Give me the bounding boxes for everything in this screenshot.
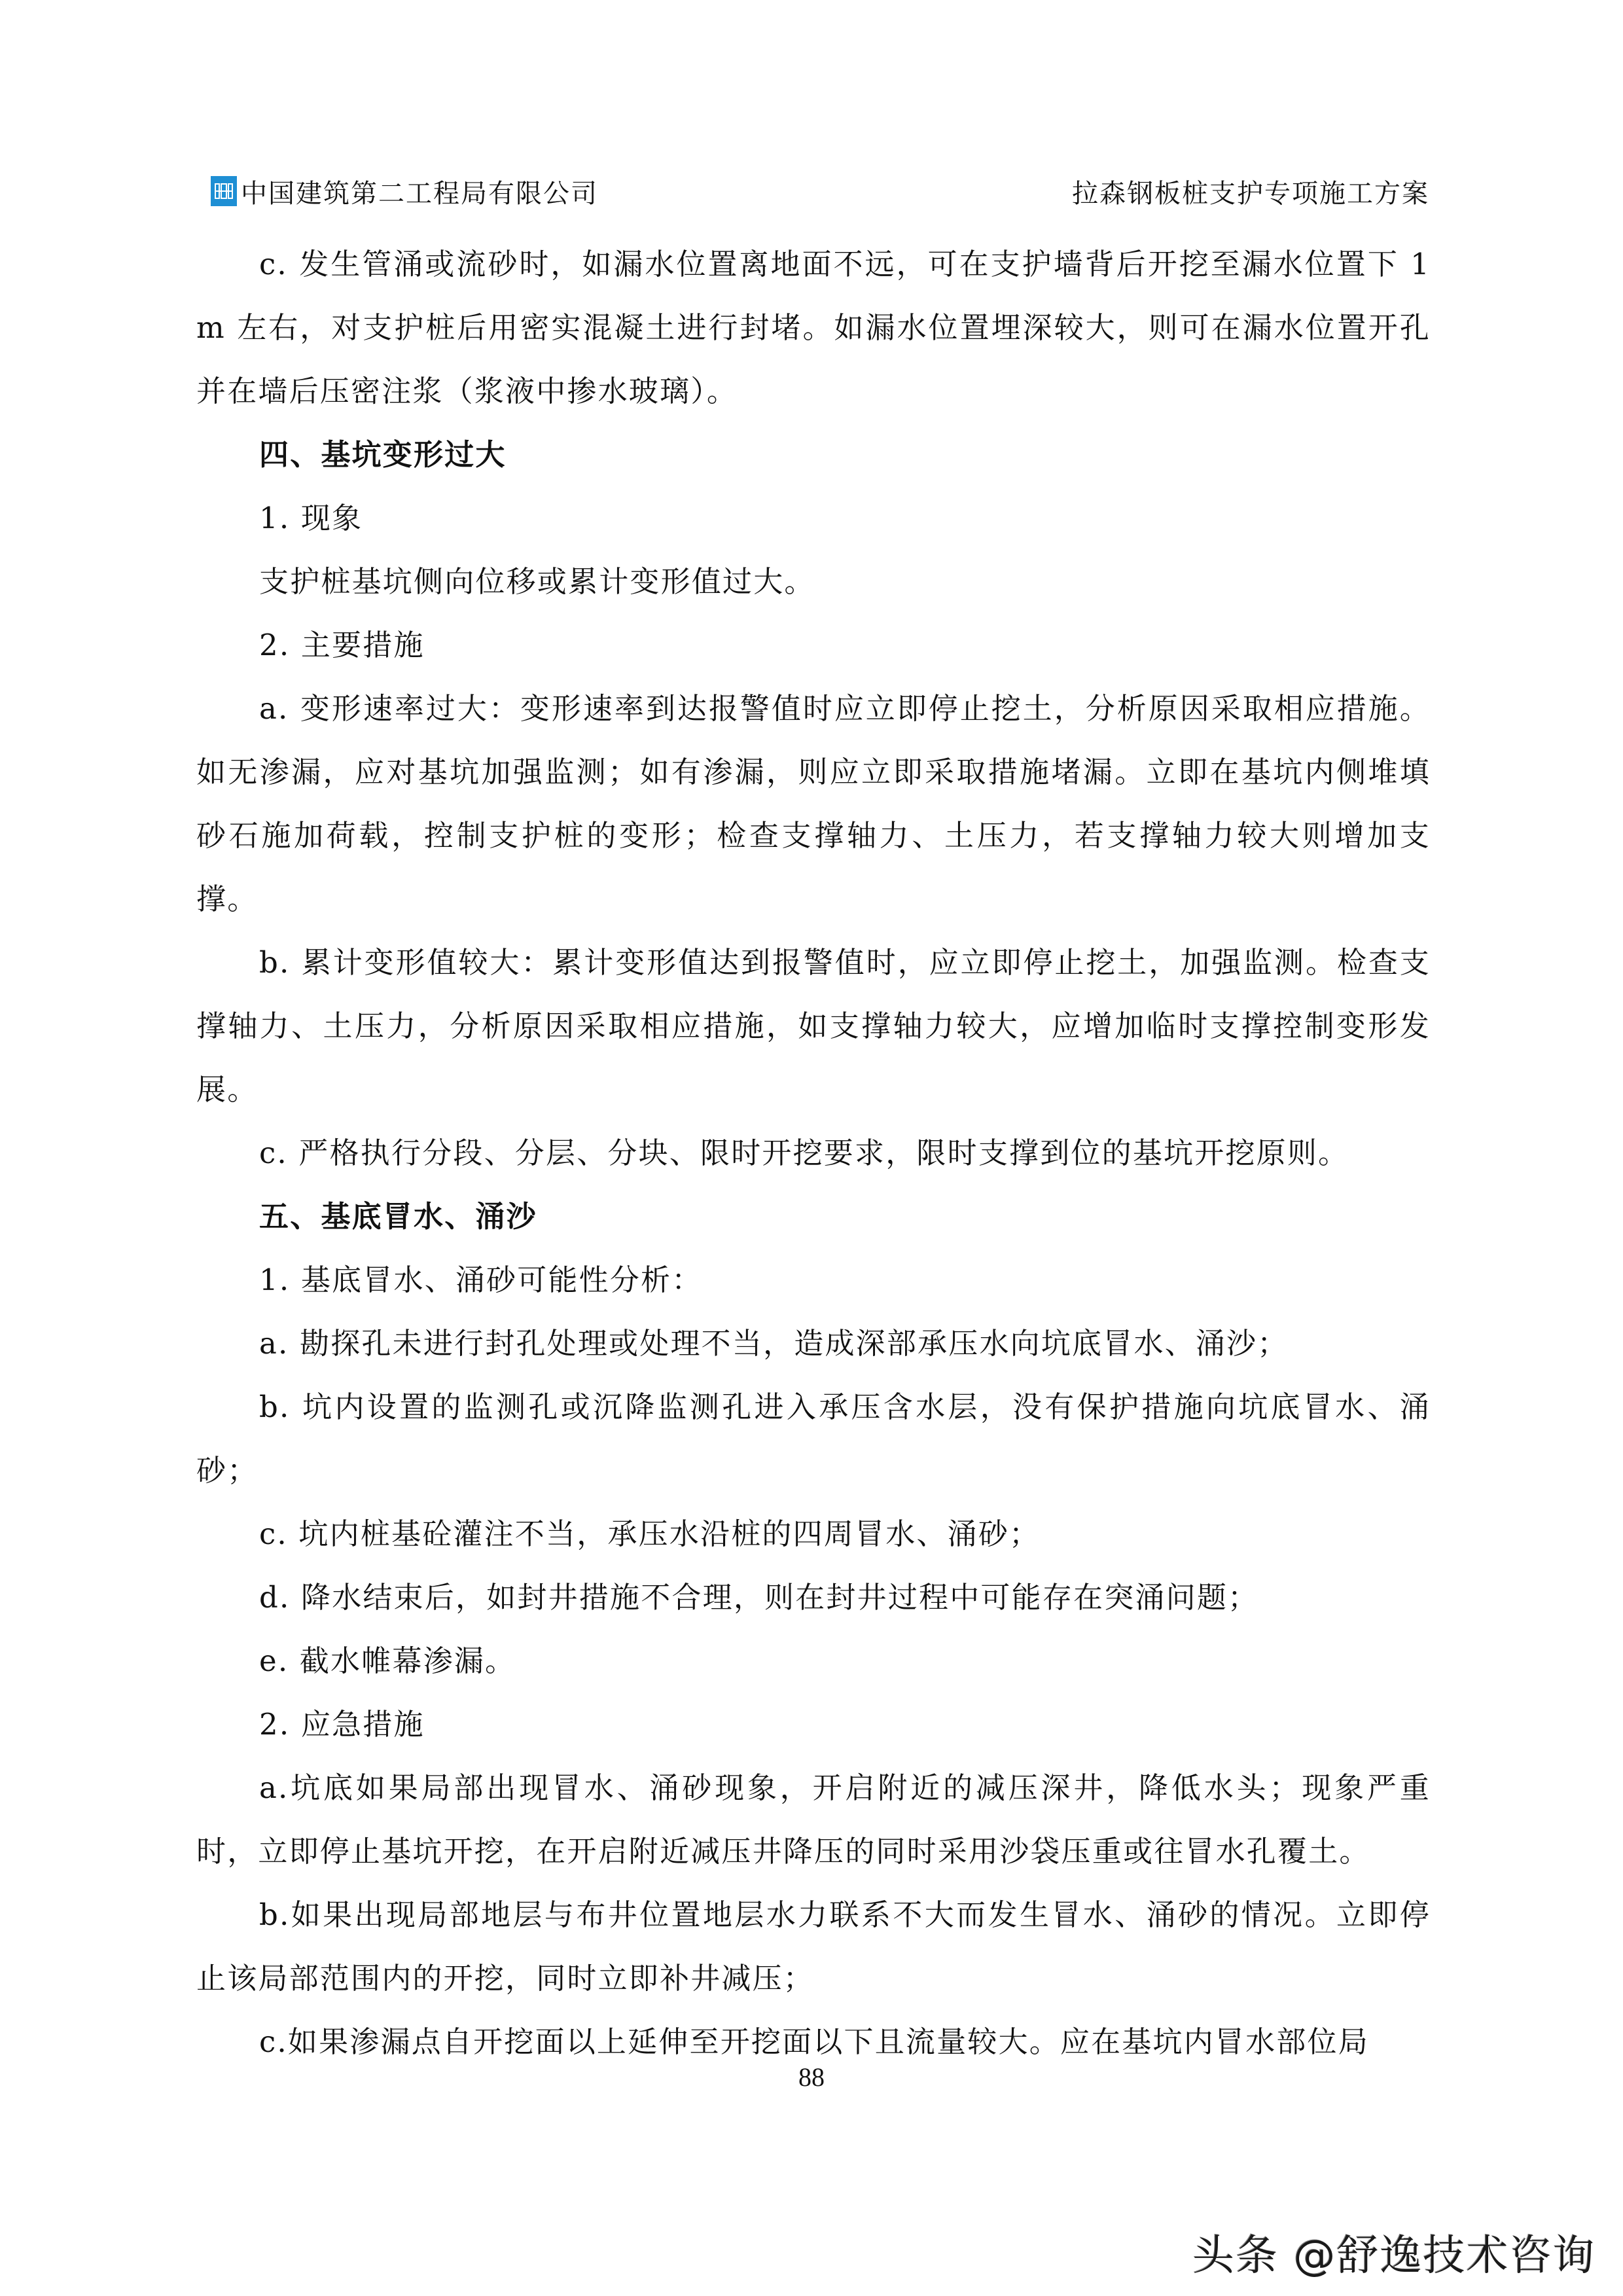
page-number: 88 bbox=[0, 2062, 1623, 2092]
list-item: a.坑底如果局部出现冒水、涌砂现象，开启附近的减压深井，降低水头；现象严重时，立… bbox=[196, 1756, 1431, 1883]
list-item: c. 坑内桩基砼灌注不当，承压水沿桩的四周冒水、涌砂； bbox=[196, 1502, 1431, 1566]
document-body: c. 发生管涌或流砂时，如漏水位置离地面不远，可在支护墙背后开挖至漏水位置下 1… bbox=[196, 232, 1431, 2073]
cscec-logo-icon bbox=[211, 176, 237, 206]
watermark: 头条 @舒逸技术咨询 bbox=[1192, 2222, 1596, 2282]
section-heading-4: 四、基坑变形过大 bbox=[196, 423, 1431, 486]
paragraph: c. 严格执行分段、分层、分块、限时开挖要求，限时支撑到位的基坑开挖原则。 bbox=[196, 1121, 1431, 1185]
section-heading-5: 五、基底冒水、涌沙 bbox=[196, 1185, 1431, 1248]
list-item: d. 降水结束后，如封井措施不合理，则在封井过程中可能存在突涌问题； bbox=[196, 1566, 1431, 1629]
page-header: 中国建筑第二工程局有限公司 拉森钢板桩支护专项施工方案 bbox=[211, 171, 1429, 211]
list-item: b. 坑内设置的监测孔或沉降监测孔进入承压含水层，没有保护措施向坑底冒水、涌砂； bbox=[196, 1375, 1431, 1502]
header-company-block: 中国建筑第二工程局有限公司 bbox=[211, 173, 598, 210]
list-item: b.如果出现局部地层与布井位置地层水力联系不大而发生冒水、涌砂的情况。立即停止该… bbox=[196, 1883, 1431, 2010]
subheading: 2. 主要措施 bbox=[196, 613, 1431, 677]
company-name: 中国建筑第二工程局有限公司 bbox=[241, 173, 598, 210]
paragraph: b. 累计变形值较大：累计变形值达到报警值时，应立即停止挖土，加强监测。检查支撑… bbox=[196, 931, 1431, 1121]
paragraph: 支护桩基坑侧向位移或累计变形值过大。 bbox=[196, 550, 1431, 613]
subheading: 1. 基底冒水、涌砂可能性分析： bbox=[196, 1248, 1431, 1312]
paragraph: c. 发生管涌或流砂时，如漏水位置离地面不远，可在支护墙背后开挖至漏水位置下 1… bbox=[196, 232, 1431, 423]
list-item: e. 截水帷幕渗漏。 bbox=[196, 1629, 1431, 1693]
document-title: 拉森钢板桩支护专项施工方案 bbox=[1072, 173, 1429, 210]
subheading: 2. 应急措施 bbox=[196, 1693, 1431, 1756]
list-item: a. 勘探孔未进行封孔处理或处理不当，造成深部承压水向坑底冒水、涌沙； bbox=[196, 1312, 1431, 1375]
paragraph: a. 变形速率过大：变形速率到达报警值时应立即停止挖土，分析原因采取相应措施。如… bbox=[196, 677, 1431, 931]
subheading: 1. 现象 bbox=[196, 486, 1431, 550]
